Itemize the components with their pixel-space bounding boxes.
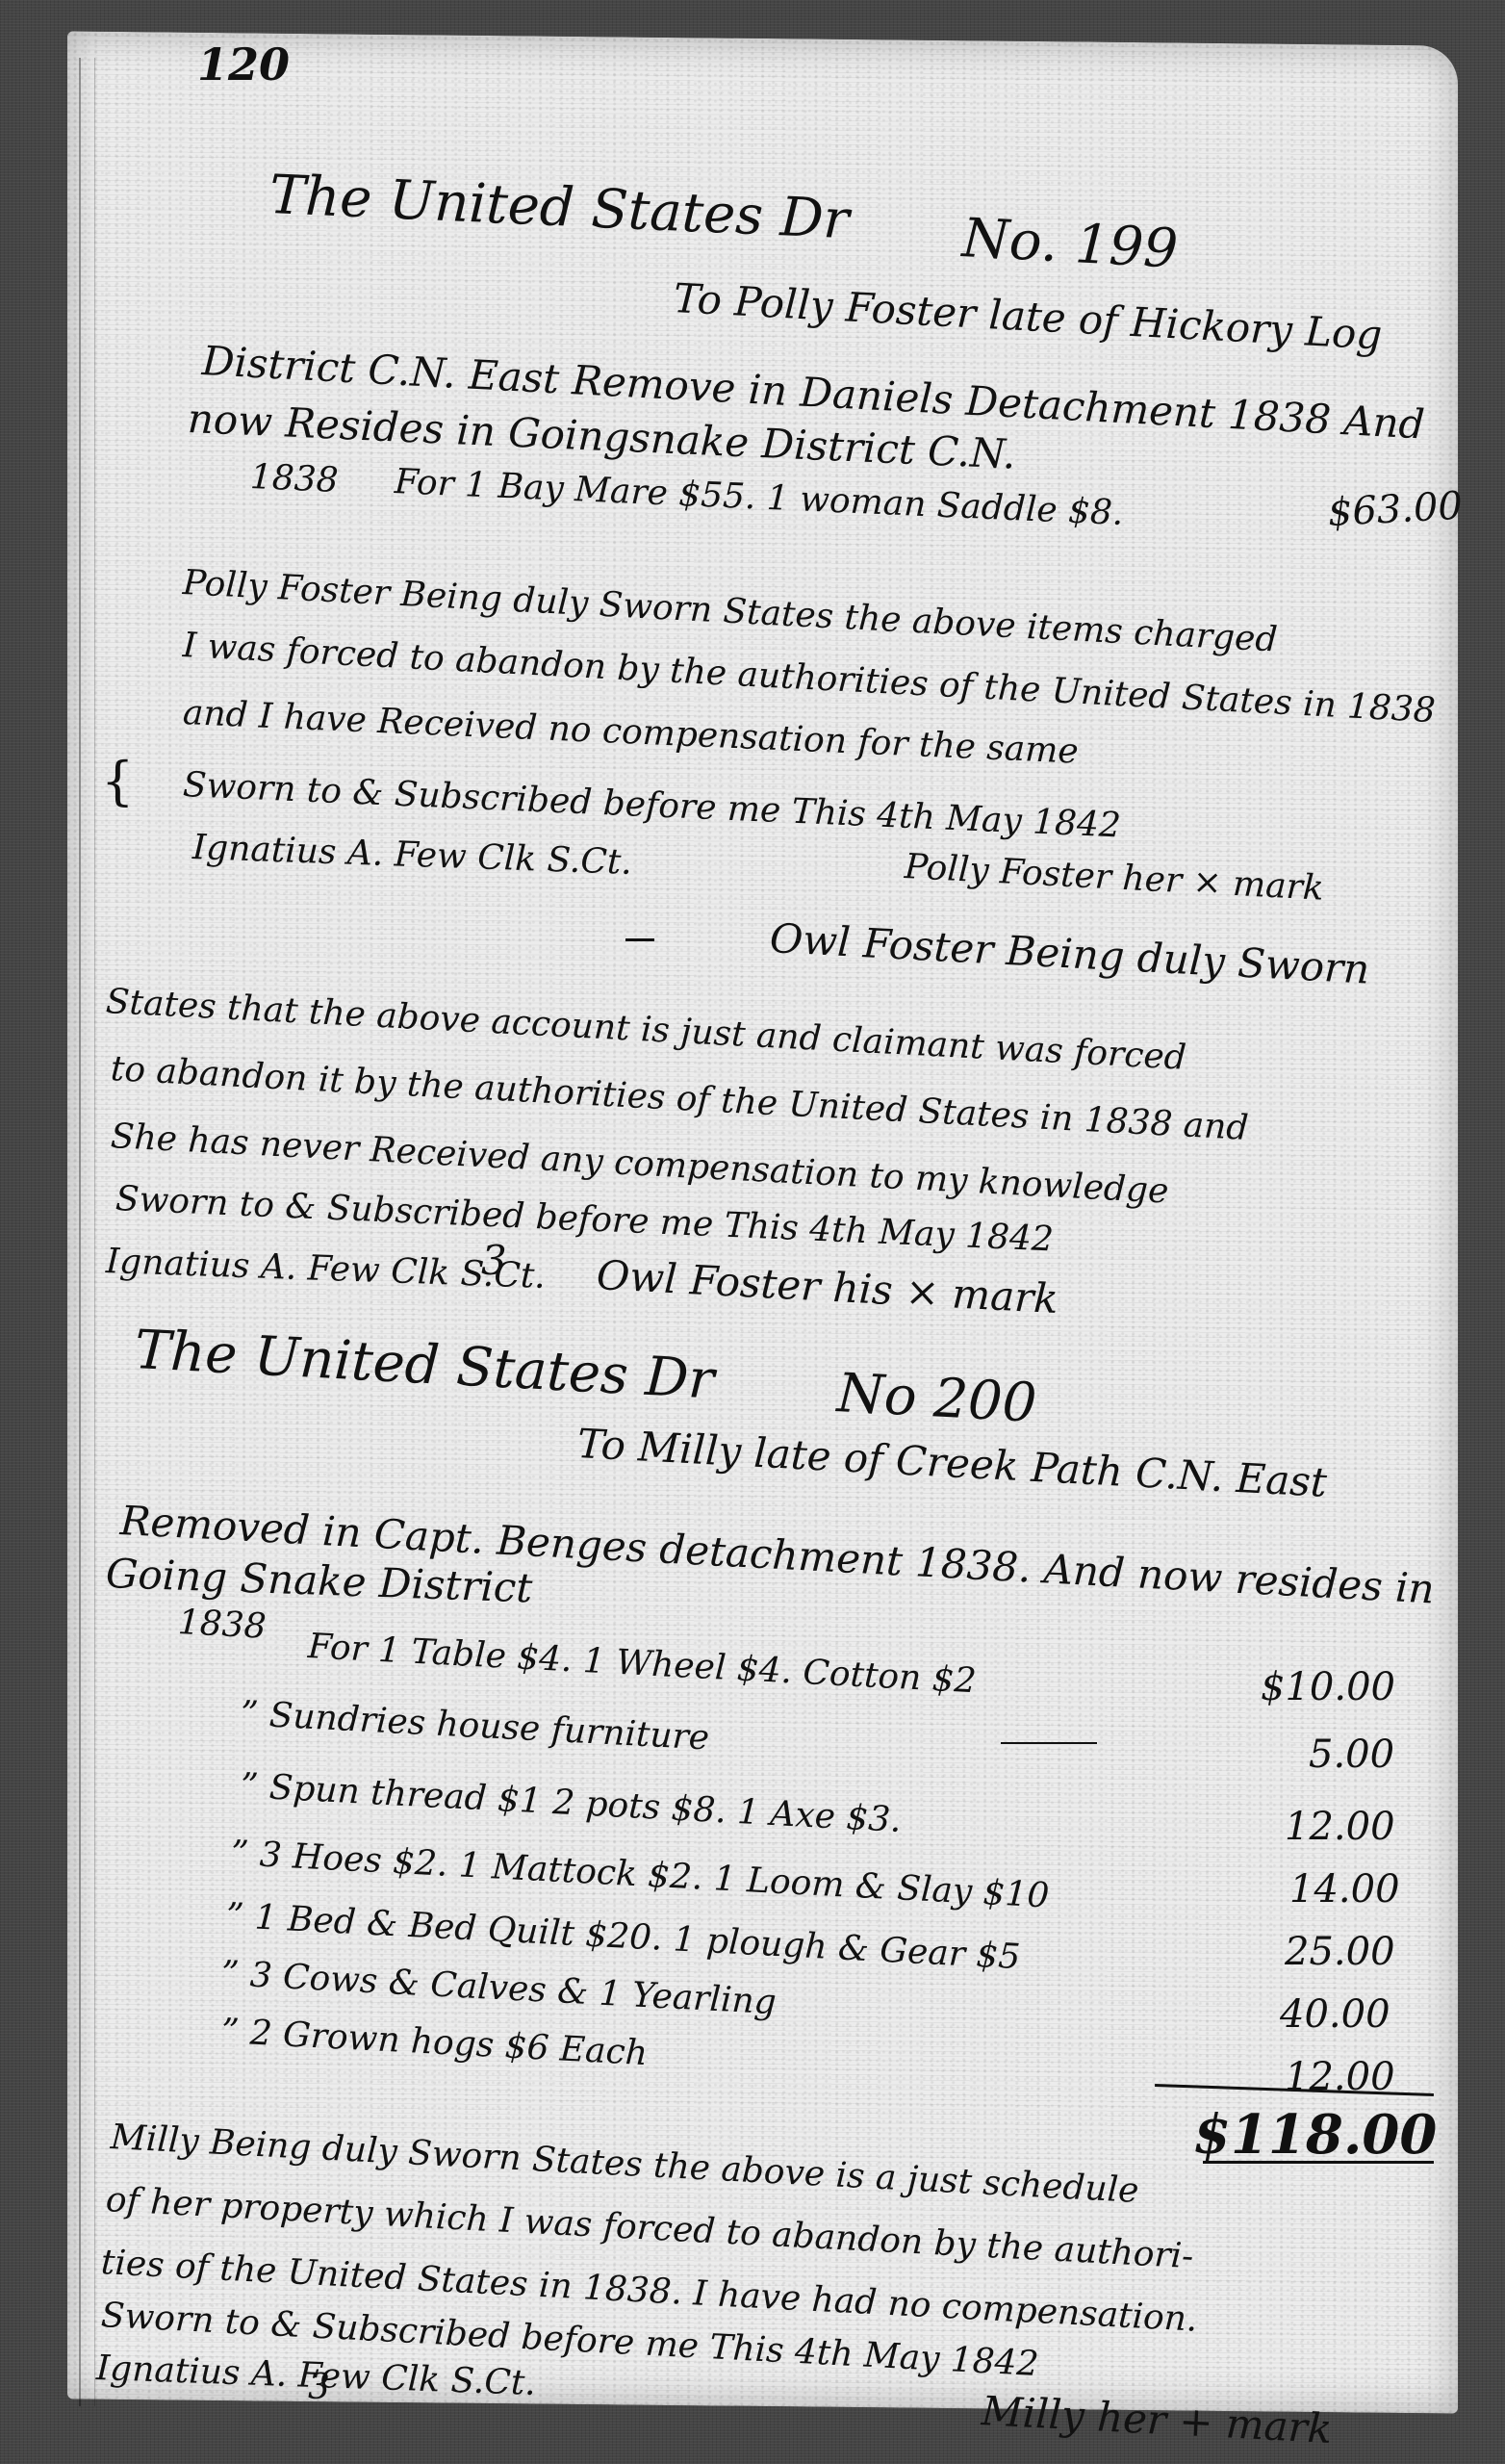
- brace-mark: {: [101, 751, 134, 811]
- item-amount: 5.00: [1309, 1732, 1394, 1777]
- dash-mark: [1001, 1742, 1097, 1744]
- item-year: 1838: [249, 457, 339, 500]
- item-amount: $10.00: [1261, 1665, 1395, 1709]
- clerk-fee-mark: 3: [308, 2368, 330, 2407]
- claim-number: No. 199: [960, 207, 1179, 281]
- witness-fee-mark: 3: [481, 1237, 507, 1284]
- claim-number: No 200: [835, 1362, 1038, 1435]
- dash-mark: [625, 938, 654, 941]
- claim-total: $118.00: [1193, 2103, 1437, 2167]
- item-amount: 25.00: [1285, 1930, 1395, 1974]
- item-amount: $63.00: [1327, 484, 1464, 535]
- page-binding-edge: [79, 58, 95, 2406]
- page-number: 120: [197, 38, 290, 90]
- ledger-year: 1838: [177, 1603, 268, 1647]
- item-amount: 12.00: [1285, 1805, 1395, 1849]
- total-double-rule: [1203, 2161, 1434, 2164]
- item-amount: 14.00: [1289, 1867, 1400, 1912]
- item-amount: 40.00: [1280, 1992, 1390, 2037]
